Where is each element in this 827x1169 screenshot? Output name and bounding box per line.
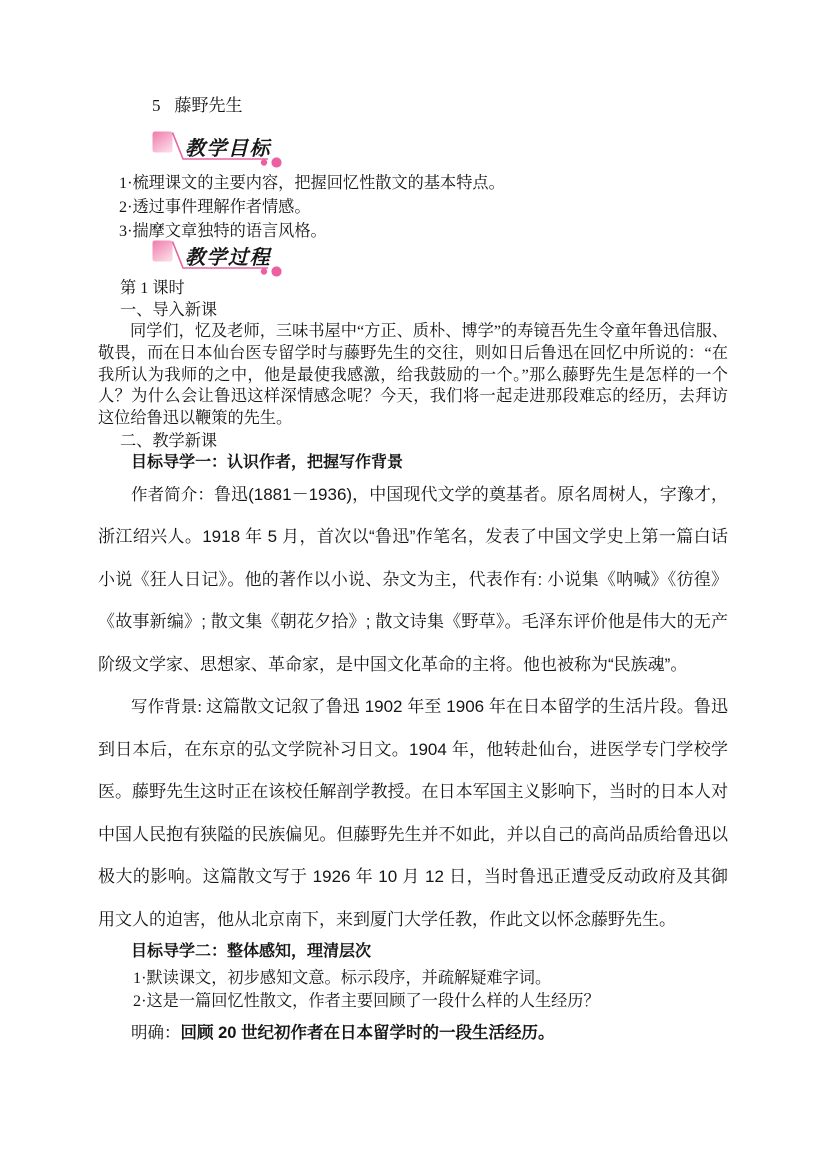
banner-large-dot-icon [271, 157, 281, 167]
lesson-number: 5 [152, 95, 161, 117]
author-paragraph: 作者简介：鲁迅(1881－1936)，中国现代文学的奠基者。原名周树人，字豫才，… [98, 474, 728, 687]
clear-text: 回顾 20 世纪初作者在日本留学时的一段生活经历。 [181, 1024, 555, 1042]
banner-small-dot-icon [261, 159, 267, 165]
objectives-list: 1·梳理课文的主要内容，把握回忆性散文的基本特点。 2·透过事件理解作者情感。 … [119, 171, 728, 243]
period-heading: 第 1 课时 [120, 277, 728, 299]
goal2-heading: 目标导学二：整体感知，理清层次 [131, 941, 728, 963]
goal1-heading: 目标导学一：认识作者，把握写作背景 [131, 452, 728, 474]
lesson-heading: 5藤野先生 [152, 95, 728, 117]
intro-paragraph: 同学们，忆及老师，三味书屋中“方正、质朴、博学”的寿镜吾先生令童年鲁迅信服、敬畏… [98, 321, 728, 430]
banner-small-dot-icon [261, 268, 267, 274]
author-text: 鲁迅(1881－1936)，中国现代文学的奠基者。原名周树人，字豫才，浙江绍兴人… [98, 485, 728, 674]
banner-large-dot-icon [271, 266, 281, 276]
banner-decoration: 教学目标 [152, 130, 352, 168]
objective-item: 1·梳理课文的主要内容，把握回忆性散文的基本特点。 [119, 171, 728, 195]
task-item: 2·这是一篇回忆性散文，作者主要回顾了一段什么样的人生经历？ [133, 990, 728, 1013]
document-page: 5藤野先生 教学目标 1·梳理课文的主要内容，把握回忆性散文的基本特点。 2·透… [0, 0, 827, 1169]
background-text: 这篇散文记叙了鲁迅 1902 年至 1906 年在日本留学的生活片段。鲁迅到日本… [98, 697, 728, 929]
section1-heading: 一、导入新课 [120, 299, 728, 321]
banner-process: 教学过程 [152, 239, 728, 277]
banner-objectives-title: 教学目标 [185, 137, 272, 160]
clear-answer: 明确：回顾 20 世纪初作者在日本留学时的一段生活经历。 [98, 1022, 728, 1044]
task-item: 1·默读课文，初步感知文意。标示段序，并疏解疑难字词。 [133, 967, 728, 990]
document-content: 5藤野先生 教学目标 1·梳理课文的主要内容，把握回忆性散文的基本特点。 2·透… [98, 95, 728, 1044]
banner-square-icon [153, 241, 173, 262]
background-label: 写作背景: [131, 697, 206, 716]
section2-heading: 二、教学新课 [120, 430, 728, 452]
background-paragraph: 写作背景: 这篇散文记叙了鲁迅 1902 年至 1906 年在日本留学的生活片段… [98, 686, 728, 941]
banner-decoration: 教学过程 [152, 239, 352, 277]
clear-label: 明确： [131, 1023, 181, 1042]
task-list: 1·默读课文，初步感知文意。标示段序，并疏解疑难字词。 2·这是一篇回忆性散文，… [133, 967, 728, 1013]
banner-square-icon [153, 132, 173, 153]
author-label: 作者简介： [131, 485, 214, 504]
lesson-title: 藤野先生 [175, 96, 243, 115]
objective-item: 2·透过事件理解作者情感。 [119, 195, 728, 219]
banner-objectives: 教学目标 [152, 130, 728, 168]
banner-process-title: 教学过程 [185, 246, 272, 269]
